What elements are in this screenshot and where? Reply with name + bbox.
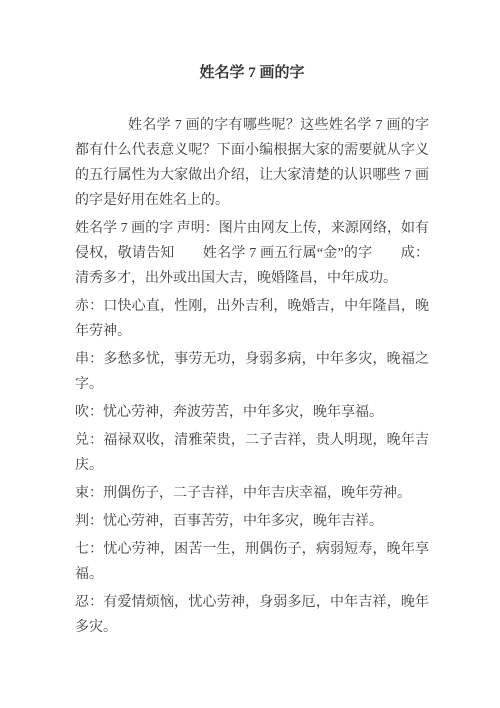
doc-paragraph: 判：忧心劳神，百事苦劳，中年多灾，晚年吉祥。 xyxy=(75,509,429,534)
doc-paragraph: 串：多愁多忧，事劳无功，身弱多病，中年多灾，晚福之字。 xyxy=(75,347,429,397)
document-title: 姓名学 7 画的字 xyxy=(75,63,429,83)
doc-paragraph: 吹：忧心劳神，奔波劳苦，中年多灾，晚年享福。 xyxy=(75,400,429,425)
doc-paragraph: 赤：口快心直，性刚，出外吉利，晚婚吉，中年隆昌，晚年劳神。 xyxy=(75,294,429,344)
doc-paragraph: 忍：有爱情烦恼，忧心劳神，身弱多厄，中年吉祥，晚年多灾。 xyxy=(75,590,429,640)
document-canvas: { "doc": { "background": "#ffffff", "tex… xyxy=(0,0,500,708)
disclaimer-paragraph: 姓名学 7 画的字 声明：图片由网友上传，来源网络，如有侵权，敬请告知 姓名学 … xyxy=(75,216,429,291)
doc-paragraph: 七：忧心劳神，困苦一生，刑偶伤子，病弱短寿，晚年享福。 xyxy=(75,537,429,587)
doc-paragraph: 兑：福禄双收，清雅荣贵，二子吉祥，贵人明现，晚年吉庆。 xyxy=(75,428,429,478)
intro-paragraph: 姓名学 7 画的字有哪些呢？这些姓名学 7 画的字都有什么代表意义呢？下面小编根… xyxy=(75,113,429,213)
doc-paragraph: 束：刑偶伤子，二子吉祥，中年吉庆幸福，晚年劳神。 xyxy=(75,481,429,506)
document-page: 姓名学 7 画的字 姓名学 7 画的字有哪些呢？这些姓名学 7 画的字都有什么代… xyxy=(75,63,429,643)
